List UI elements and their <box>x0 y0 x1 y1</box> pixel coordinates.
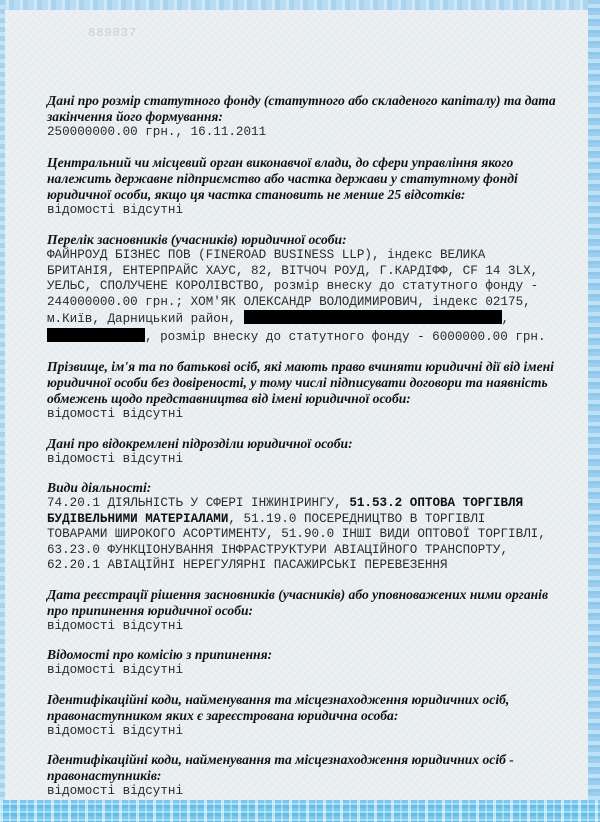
section-label: Ідентифікаційні коди, найменування та мі… <box>47 752 567 784</box>
section-predecessors: Ідентифікаційні коди, найменування та мі… <box>47 692 567 740</box>
activity-text: ТОВАРАМИ ШИРОКОГО АСОРТИМЕНТУ, 51.90.0 І… <box>47 527 546 541</box>
activity-text: 74.20.1 ДІЯЛЬНІСТЬ У СФЕРІ ІНЖИНІРИНГУ, <box>47 496 349 510</box>
activity-line: 63.23.0 ФУНКЦІОНУВАННЯ ІНФРАСТРУКТУРИ АВ… <box>47 543 567 559</box>
redacted-address-continued <box>47 328 145 342</box>
serial-number: 889037 <box>88 26 137 40</box>
founders-value: ФАЙНРОУД БІЗНЕС ПОВ (FINEROAD BUSINESS L… <box>47 248 567 345</box>
section-branches: Дані про відокремлені підрозділи юридичн… <box>47 436 567 468</box>
founders-separator: , <box>502 312 510 326</box>
section-value: 250000000.00 грн., 16.11.2011 <box>47 125 567 141</box>
activity-text: , 51.19.0 ПОСЕРЕДНИЦТВО В ТОРГІВЛІ <box>228 512 485 526</box>
founders-line: , розмір внеску до статутного фонду - 60… <box>145 330 546 344</box>
section-value: відомості відсутні <box>47 452 567 468</box>
section-government-authority: Центральний чи місцевий орган виконавчої… <box>47 155 567 219</box>
section-label: Дані про розмір статутного фонду (статут… <box>47 93 567 125</box>
section-label: Перелік засновників (учасників) юридично… <box>47 232 567 248</box>
founders-line: ФАЙНРОУД БІЗНЕС ПОВ (FINEROAD BUSINESS L… <box>47 248 485 262</box>
founders-line: м.Київ, Дарницький район, <box>47 312 244 326</box>
document-border-top <box>0 0 600 10</box>
section-value: відомості відсутні <box>47 407 567 423</box>
primary-activity: БУДІВЕЛЬНИМИ МАТЕРІАЛАМИ <box>47 512 228 526</box>
section-label: Прізвище, ім'я та по батькові осіб, які … <box>47 359 567 407</box>
section-value: відомості відсутні <box>47 724 567 740</box>
activity-text: 62.20.1 АВІАЦІЙНІ НЕРЕГУЛЯРНІ ПАСАЖИРСЬК… <box>47 558 448 572</box>
section-value: відомості відсутні <box>47 203 567 219</box>
section-authorized-persons: Прізвище, ім'я та по батькові осіб, які … <box>47 359 567 423</box>
founders-line: 244000000.00 грн.; ХОМ'ЯК ОЛЕКСАНДР ВОЛО… <box>47 295 531 309</box>
section-value: відомості відсутні <box>47 663 567 679</box>
activities-value: 74.20.1 ДІЯЛЬНІСТЬ У СФЕРІ ІНЖИНІРИНГУ, … <box>47 496 567 574</box>
activity-line: БУДІВЕЛЬНИМИ МАТЕРІАЛАМИ, 51.19.0 ПОСЕРЕ… <box>47 512 567 528</box>
founders-line: УЕЛЬС, СПОЛУЧЕНЕ КОРОЛІВСТВО, розмір вне… <box>47 279 538 293</box>
section-label: Види діяльності: <box>47 480 567 496</box>
section-label: Ідентифікаційні коди, найменування та мі… <box>47 692 567 724</box>
section-label: Дані про відокремлені підрозділи юридичн… <box>47 436 567 452</box>
activity-line: 62.20.1 АВІАЦІЙНІ НЕРЕГУЛЯРНІ ПАСАЖИРСЬК… <box>47 558 567 574</box>
section-label: Центральний чи місцевий орган виконавчої… <box>47 155 567 203</box>
redacted-address <box>244 310 502 324</box>
section-authorized-capital: Дані про розмір статутного фонду (статут… <box>47 93 567 141</box>
primary-activity: 51.53.2 ОПТОВА ТОРГІВЛЯ <box>349 496 523 510</box>
section-label: Відомості про комісію з припинення: <box>47 647 567 663</box>
section-label: Дата реєстрації рішення засновників (уча… <box>47 587 567 619</box>
document-border-bottom <box>0 800 600 822</box>
document-content: Дані про розмір статутного фонду (статут… <box>47 93 567 813</box>
activity-text: 63.23.0 ФУНКЦІОНУВАННЯ ІНФРАСТРУКТУРИ АВ… <box>47 543 508 557</box>
founders-line: БРИТАНІЯ, ЕНТЕРПРАЙС ХАУС, 82, ВІТЧОЧ РО… <box>47 264 538 278</box>
activity-line: 74.20.1 ДІЯЛЬНІСТЬ У СФЕРІ ІНЖИНІРИНГУ, … <box>47 496 567 512</box>
section-termination-decision: Дата реєстрації рішення засновників (уча… <box>47 587 567 635</box>
section-successors: Ідентифікаційні коди, найменування та мі… <box>47 752 567 800</box>
section-activities: Види діяльності: 74.20.1 ДІЯЛЬНІСТЬ У СФ… <box>47 480 567 574</box>
section-value: відомості відсутні <box>47 784 567 800</box>
activity-line: ТОВАРАМИ ШИРОКОГО АСОРТИМЕНТУ, 51.90.0 І… <box>47 527 567 543</box>
document-border-right <box>588 0 600 822</box>
section-termination-commission: Відомості про комісію з припинення: відо… <box>47 647 567 679</box>
section-value: відомості відсутні <box>47 619 567 635</box>
section-founders: Перелік засновників (учасників) юридично… <box>47 232 567 345</box>
